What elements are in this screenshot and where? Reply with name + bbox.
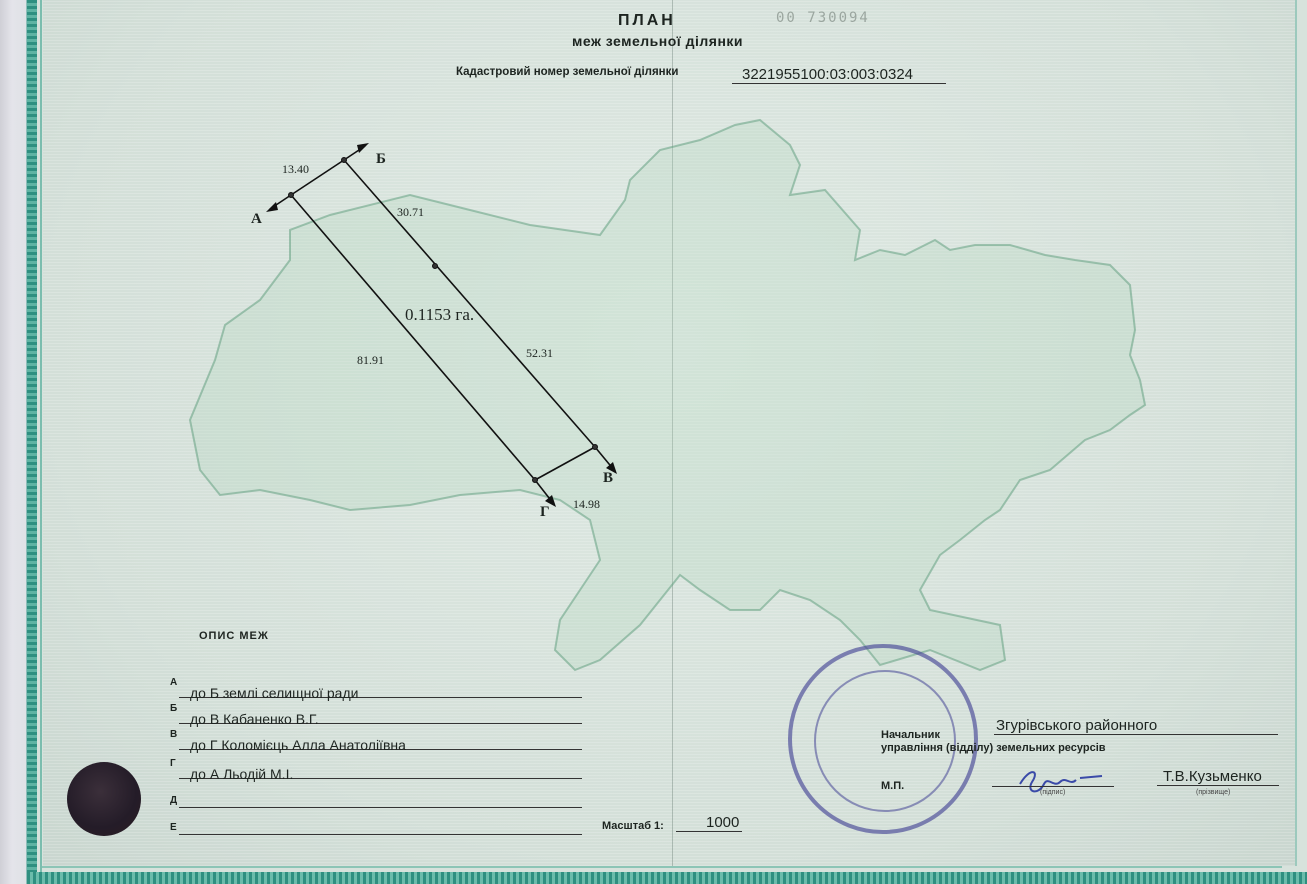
point-label-a: А [251,211,262,228]
serial-number-faded: 00 730094 [776,10,870,26]
scale-value: 1000 [706,814,739,831]
point-label-g: Г [540,504,550,521]
department-name: Згурівського районного [996,717,1157,734]
side-length-vg: 14.98 [573,497,600,512]
page-subtitle: меж земельної ділянки [572,33,743,49]
name-underline [1157,785,1279,786]
boundary-letter: Г [170,758,176,769]
vertex-v [593,445,598,450]
boundary-row: Д [170,793,582,811]
punch-hole [67,762,141,836]
boundary-text: до А Льодій М.І. [190,766,293,782]
vertex-b [342,158,347,163]
signature-underline [992,786,1114,787]
boundary-text: до В Кабаненко В.Г. [190,711,319,727]
vertex-g [533,478,538,483]
scale-label: Масштаб 1: [602,820,664,832]
side-length-bv-upper: 30.71 [397,205,424,220]
handwritten-signature [1010,762,1110,802]
cadastral-number: 3221955100:03:003:0324 [742,66,913,83]
side-length-bv: 52.31 [526,346,553,361]
signature-caption: (підпис) [1040,789,1065,796]
vertex-a [289,193,294,198]
head-label: Начальник [881,729,940,741]
department-underline [994,734,1278,735]
boundary-text: до Б землі селищної ради [190,685,358,701]
cadastral-label: Кадастровий номер земельної ділянки [456,66,678,78]
boundary-row: Б до В Кабаненко В.Г. [170,709,582,727]
scale-underline [676,831,742,832]
side-length-ga: 81.91 [357,353,384,368]
seal-place-label: М.П. [881,780,904,792]
boundary-row: Е [170,820,582,838]
cadastral-underline [732,83,946,84]
boundary-text: до Г Коломієць Алла Анатоліївна [190,737,406,753]
boundary-letter: В [170,729,177,740]
boundary-row: Г до А Льодій М.І. [170,764,582,782]
parcel-area: 0.1153 га. [405,305,474,325]
vertex-mid [433,264,438,269]
name-caption: (прізвище) [1196,789,1230,796]
boundary-letter: А [170,677,177,688]
point-label-v: В [603,470,613,487]
side-length-ab: 13.40 [282,162,309,177]
page-title: ПЛАН [618,12,676,30]
boundary-row: А до Б землі селищної ради [170,683,582,701]
boundary-row: В до Г Коломієць Алла Анатоліївна [170,735,582,753]
boundary-letter: Д [170,795,177,806]
boundary-letter: Б [170,703,177,714]
signatory-name: Т.В.Кузьменко [1163,768,1262,785]
department-subtitle: управління (відділу) земельних ресурсів [881,742,1106,754]
boundaries-heading: ОПИС МЕЖ [199,630,269,642]
boundary-letter: Е [170,822,177,833]
point-label-b: Б [376,151,386,168]
ukraine-map-watermark [190,120,1145,670]
